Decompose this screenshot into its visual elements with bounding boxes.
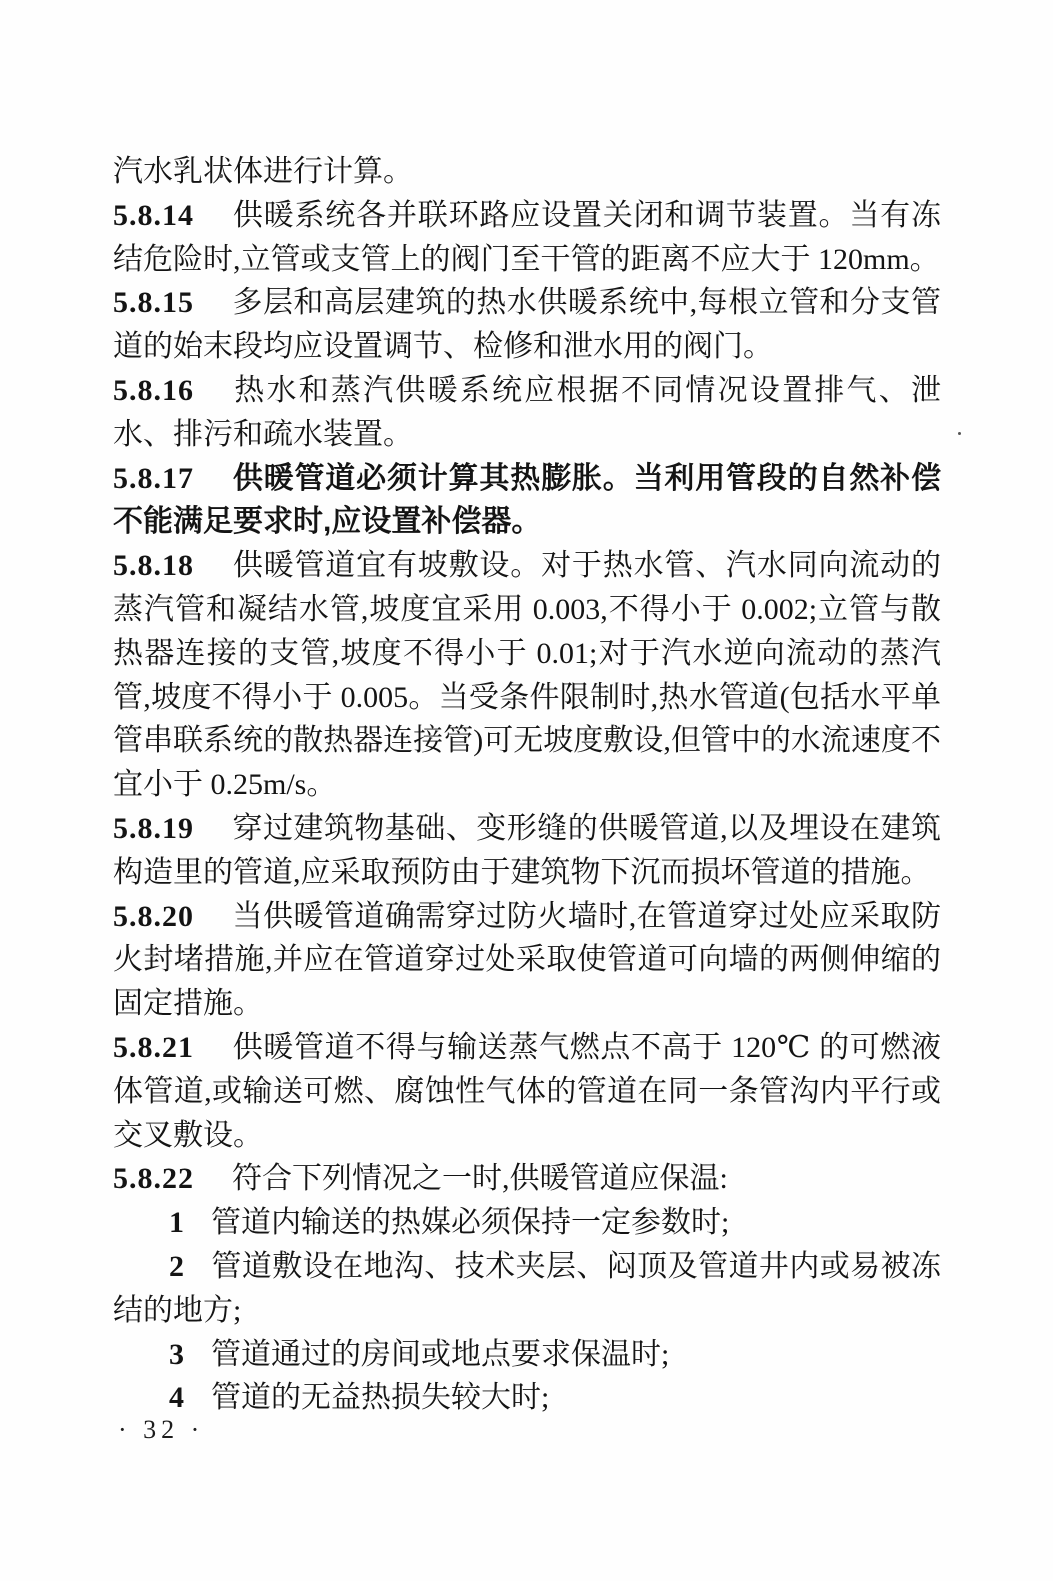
clause-5-8-22: 5.8.22符合下列情况之一时,供暖管道应保温: bbox=[113, 1157, 941, 1201]
clause-text: 汽水乳状体进行计算。 bbox=[113, 155, 413, 188]
list-item-number: 3 bbox=[169, 1338, 184, 1371]
page-body-text: 汽水乳状体进行计算。 5.8.14供暖系统各并联环路应设置关闭和调节装置。当有冻… bbox=[113, 150, 941, 1420]
list-item-text: 管道敷设在地沟、技术夹层、闷顶及管道井内或易被冻结的地方; bbox=[113, 1250, 941, 1327]
clause-5-8-20: 5.8.20当供暖管道确需穿过防火墙时,在管道穿过处应采取防火封堵措施,并应在管… bbox=[113, 895, 941, 1026]
clause-number: 5.8.21 bbox=[113, 1031, 194, 1064]
clause-text: 供暖系统各并联环路应设置关闭和调节装置。当有冻结危险时,立管或支管上的阀门至干管… bbox=[113, 199, 941, 276]
clause-number: 5.8.20 bbox=[113, 900, 194, 933]
scan-speck bbox=[219, 174, 223, 178]
list-item-1: 1管道内输送的热媒必须保持一定参数时; bbox=[113, 1201, 941, 1245]
clause-number: 5.8.16 bbox=[113, 374, 194, 407]
clause-5-8-15: 5.8.15多层和高层建筑的热水供暖系统中,每根立管和分支管道的始末段均应设置调… bbox=[113, 281, 941, 369]
clause-5-8-18: 5.8.18供暖管道宜有坡敷设。对于热水管、汽水同向流动的蒸汽管和凝结水管,坡度… bbox=[113, 544, 941, 807]
clause-text: 热水和蒸汽供暖系统应根据不同情况设置排气、泄水、排污和疏水装置。 bbox=[113, 374, 941, 451]
list-item-text: 管道通过的房间或地点要求保温时; bbox=[211, 1338, 669, 1371]
list-item-number: 1 bbox=[169, 1206, 184, 1239]
clause-number: 5.8.19 bbox=[113, 812, 194, 845]
clause-5-8-14: 5.8.14供暖系统各并联环路应设置关闭和调节装置。当有冻结危险时,立管或支管上… bbox=[113, 194, 941, 282]
clause-text: 符合下列情况之一时,供暖管道应保温: bbox=[232, 1162, 728, 1195]
clause-5-8-21: 5.8.21供暖管道不得与输送蒸气燃点不高于 120℃ 的可燃液体管道,或输送可… bbox=[113, 1026, 941, 1157]
list-item-number: 4 bbox=[169, 1381, 184, 1414]
clause-text: 供暖管道不得与输送蒸气燃点不高于 120℃ 的可燃液体管道,或输送可燃、腐蚀性气… bbox=[113, 1031, 941, 1152]
list-item-4: 4管道的无益热损失较大时; bbox=[113, 1376, 941, 1420]
scan-speck bbox=[958, 432, 961, 435]
clause-number: 5.8.18 bbox=[113, 549, 194, 582]
page-number: · 32 · bbox=[118, 1415, 204, 1445]
clause-5-8-19: 5.8.19穿过建筑物基础、变形缝的供暖管道,以及埋设在建筑构造里的管道,应采取… bbox=[113, 807, 941, 895]
paragraph-continuation: 汽水乳状体进行计算。 bbox=[113, 150, 941, 194]
clause-text: 多层和高层建筑的热水供暖系统中,每根立管和分支管道的始末段均应设置调节、检修和泄… bbox=[113, 286, 941, 363]
list-item-number: 2 bbox=[169, 1250, 184, 1283]
clause-number: 5.8.15 bbox=[113, 286, 194, 319]
clause-text: 当供暖管道确需穿过防火墙时,在管道穿过处应采取防火封堵措施,并应在管道穿过处采取… bbox=[113, 900, 941, 1021]
clause-5-8-17-mandatory: 5.8.17供暖管道必须计算其热膨胀。当利用管段的自然补偿不能满足要求时,应设置… bbox=[113, 457, 941, 545]
clause-number: 5.8.17 bbox=[113, 462, 194, 495]
list-item-text: 管道内输送的热媒必须保持一定参数时; bbox=[211, 1206, 729, 1239]
clause-text: 供暖管道宜有坡敷设。对于热水管、汽水同向流动的蒸汽管和凝结水管,坡度宜采用 0.… bbox=[113, 549, 941, 801]
clause-number: 5.8.14 bbox=[113, 199, 194, 232]
clause-text: 穿过建筑物基础、变形缝的供暖管道,以及埋设在建筑构造里的管道,应采取预防由于建筑… bbox=[113, 812, 941, 889]
list-item-3: 3管道通过的房间或地点要求保温时; bbox=[113, 1333, 941, 1377]
list-item-text: 管道的无益热损失较大时; bbox=[211, 1381, 549, 1414]
clause-number: 5.8.22 bbox=[113, 1162, 194, 1195]
document-page: 汽水乳状体进行计算。 5.8.14供暖系统各并联环路应设置关闭和调节装置。当有冻… bbox=[0, 0, 1053, 1581]
clause-5-8-16: 5.8.16热水和蒸汽供暖系统应根据不同情况设置排气、泄水、排污和疏水装置。 bbox=[113, 369, 941, 457]
clause-text: 供暖管道必须计算其热膨胀。当利用管段的自然补偿不能满足要求时,应设置补偿器。 bbox=[113, 462, 941, 539]
list-item-2: 2管道敷设在地沟、技术夹层、闷顶及管道井内或易被冻结的地方; bbox=[113, 1245, 941, 1333]
